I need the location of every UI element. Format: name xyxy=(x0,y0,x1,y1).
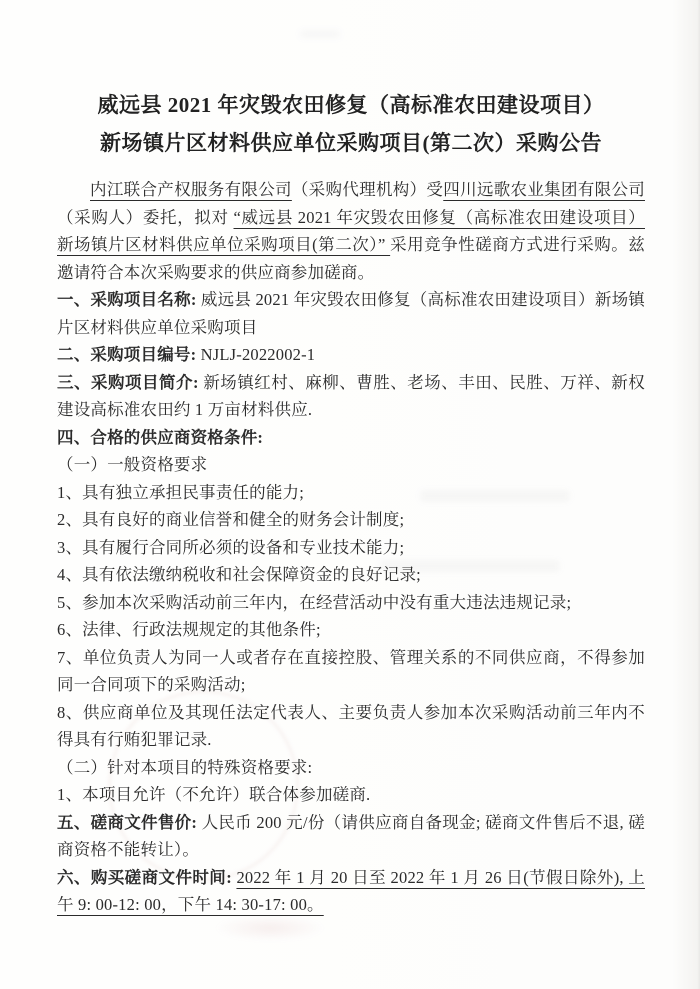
agency-name: 内江联合产权服务有限公司 xyxy=(90,180,292,199)
document-content: 威远县 2021 年灾毁农田修复（高标准农田建设项目） 新场镇片区材料供应单位采… xyxy=(57,86,645,919)
section-2-text: NJLJ-2022002-1 xyxy=(201,345,316,364)
general-requirement-item: 8、供应商单位及其现任法定代表人、主要负责人参加本次采购活动前三年内不得具有行贿… xyxy=(57,699,645,754)
title-line-1: 威远县 2021 年灾毁农田修复（高标准农田建设项目） xyxy=(57,86,645,124)
section-project-name: 一、采购项目名称: 威远县 2021 年灾毁农田修复（高标准农田建设项目）新场镇… xyxy=(57,286,645,341)
scan-smudge-artifact xyxy=(215,915,325,941)
section-4-label: 四、合格的供应商资格条件: xyxy=(57,428,263,447)
purchaser-name: 四川远歌农业集团有限公司 xyxy=(443,180,645,199)
general-requirement-item: 6、法律、行政法规规定的其他条件; xyxy=(57,616,645,644)
section-project-number: 二、采购项目编号: NJLJ-2022002-1 xyxy=(57,341,645,369)
special-requirements-heading: （二）针对本项目的特殊资格要求: xyxy=(57,754,645,782)
general-requirement-item: 3、具有履行合同所必须的设备和专业技术能力; xyxy=(57,534,645,562)
title-line-2: 新场镇片区材料供应单位采购项目(第二次）采购公告 xyxy=(57,124,645,162)
time-label: 六、购买磋商文件时间: xyxy=(57,868,236,887)
general-requirements-heading: （一）一般资格要求 xyxy=(57,451,645,479)
section-3-label: 三、采购项目简介: xyxy=(57,373,203,392)
agency-role-text: （采购代理机构）受 xyxy=(292,180,443,199)
section-purchase-time: 六、购买磋商文件时间: 2022 年 1 月 20 日至 2022 年 1 月 … xyxy=(57,864,645,919)
general-requirement-item: 5、参加本次采购活动前三年内，在经营活动中没有重大违法违规记录; xyxy=(57,589,645,617)
section-document-price: 五、磋商文件售价: 人民币 200 元/份（请供应商自备现金; 磋商文件售后不退… xyxy=(57,809,645,864)
scanned-document-page: 威远县 2021 年灾毁农田修复（高标准农田建设项目） 新场镇片区材料供应单位采… xyxy=(0,0,700,989)
price-label: 五、磋商文件售价: xyxy=(57,813,202,832)
intro-paragraph: 内江联合产权服务有限公司（采购代理机构）受四川远歌农业集团有限公司（采购人）委托… xyxy=(57,176,645,286)
section-project-brief: 三、采购项目简介: 新场镇红村、麻柳、曹胜、老场、丰田、民胜、万祥、新权建设高标… xyxy=(57,369,645,424)
special-requirement-item: 1、本项目允许（不允许）联合体参加磋商. xyxy=(57,781,645,809)
section-qualification-conditions: 四、合格的供应商资格条件: xyxy=(57,424,645,452)
section-1-label: 一、采购项目名称: xyxy=(57,290,201,309)
general-requirement-item: 1、具有独立承担民事责任的能力; xyxy=(57,479,645,507)
entrust-text: （采购人）委托，拟对 xyxy=(57,208,234,227)
section-2-label: 二、采购项目编号: xyxy=(57,345,201,364)
general-requirement-item: 4、具有依法缴纳税收和社会保障资金的良好记录; xyxy=(57,561,645,589)
ink-bleed-artifact xyxy=(300,30,340,38)
general-requirement-item: 7、单位负责人为同一人或者存在直接控股、管理关系的不同供应商，不得参加同一合同项… xyxy=(57,644,645,699)
general-requirement-item: 2、具有良好的商业信誉和健全的财务会计制度; xyxy=(57,506,645,534)
document-title: 威远县 2021 年灾毁农田修复（高标准农田建设项目） 新场镇片区材料供应单位采… xyxy=(57,86,645,162)
